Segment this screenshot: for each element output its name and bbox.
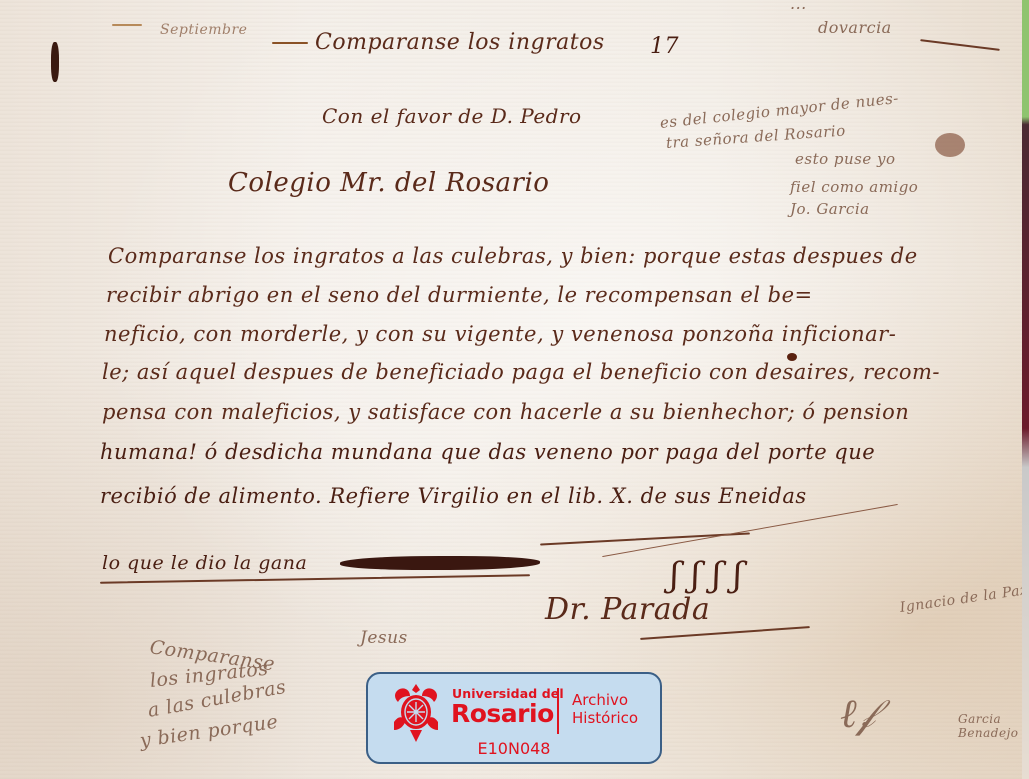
flourish-mark: ʃ ʃ ʃ ʃ bbox=[670, 555, 743, 595]
date-underline bbox=[112, 24, 142, 26]
reference-code: E10N048 bbox=[368, 739, 660, 758]
manuscript-page: Septiembre Comparanse los ingratos 17 Co… bbox=[0, 0, 1022, 779]
flourish-mark: ℓ𝒻 bbox=[840, 690, 876, 737]
department-name-line2: Histórico bbox=[572, 709, 638, 727]
ink-blot bbox=[51, 42, 59, 82]
department-name-line1: Archivo bbox=[572, 691, 638, 709]
margin-note: dovarcia bbox=[818, 18, 892, 37]
institution-name-line2: Rosario bbox=[451, 699, 554, 728]
department-name: Archivo Histórico bbox=[572, 691, 638, 727]
body-line: humana! ó desdicha mundana que das venen… bbox=[100, 440, 875, 464]
scribble-line: Jesus bbox=[360, 628, 408, 648]
badge-divider bbox=[557, 688, 559, 734]
ink-strikeout bbox=[340, 556, 540, 570]
signature-underline bbox=[640, 626, 810, 640]
signature-right-lower: Garcia Benadejo bbox=[958, 712, 1018, 740]
margin-note: Jo. Garcia bbox=[790, 200, 870, 218]
body-line: pensa con maleficios, y satisface con ha… bbox=[102, 400, 909, 424]
body-line: neficio, con morderle, y con su vigente,… bbox=[104, 322, 896, 346]
scan-background-edge bbox=[1022, 0, 1029, 779]
body-line: recibir abrigo en el seno del durmiente,… bbox=[106, 283, 813, 307]
subtitle-line: Con el favor de D. Pedro bbox=[322, 104, 582, 128]
body-line: lo que le dio la gana bbox=[102, 552, 307, 574]
signature-right-upper: Ignacio de la Paz bbox=[899, 582, 1029, 616]
flourish-line bbox=[602, 504, 898, 557]
margin-note-underline bbox=[920, 39, 1000, 51]
date-note: Septiembre bbox=[160, 22, 247, 38]
body-line: Comparanse los ingratos a las culebras, … bbox=[108, 244, 918, 268]
margin-note: esto puse yo bbox=[795, 150, 896, 168]
margin-note: fiel como amigo bbox=[790, 178, 918, 196]
archive-badge: Universidad del Rosario Archivo Históric… bbox=[366, 672, 662, 764]
title-line: Comparanse los ingratos bbox=[315, 30, 605, 55]
strike-line bbox=[100, 574, 530, 584]
body-line: le; así aquel despues de beneficiado pag… bbox=[102, 360, 940, 384]
page-number: 17 bbox=[650, 34, 679, 59]
body-line: recibió de alimento. Refiere Virgilio en… bbox=[100, 484, 807, 508]
margin-note: ... bbox=[790, 0, 807, 13]
university-crest-icon bbox=[388, 682, 444, 744]
signature-main: Dr. Parada bbox=[545, 592, 710, 627]
heading-line: Colegio Mr. del Rosario bbox=[228, 168, 549, 198]
date-flourish bbox=[272, 42, 308, 44]
ink-stain bbox=[935, 133, 965, 157]
